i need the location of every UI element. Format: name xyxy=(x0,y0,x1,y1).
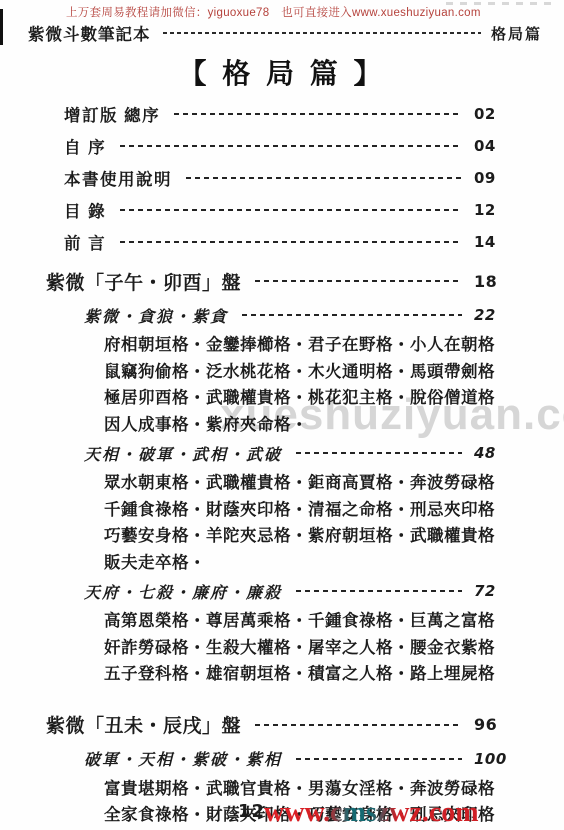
toc-entry-label: 增訂版 總序 xyxy=(64,102,160,126)
toc-entry: 前 言 14 xyxy=(0,226,510,258)
toc-subsection-heading: 破軍・天相・紫破・紫相 100 xyxy=(0,744,510,774)
toc-entry-label: 販夫走卒格・ xyxy=(104,549,206,573)
toc-pattern-line: 奸詐勞碌格・生殺大權格・屠宰之人格・腰金衣紫格 xyxy=(0,633,510,660)
scanned-book-page: 上万套周易教程请加微信：yiguoxue78 也可直接进入www.xueshuz… xyxy=(0,0,564,830)
toc-entry-label: 府相朝垣格・金鑾捧櫛格・君子在野格・小人在朝格 xyxy=(104,331,495,355)
toc-entry-label: 高第恩榮格・尊居萬乘格・千鍾食祿格・巨萬之富格 xyxy=(104,607,495,631)
toc-pattern-line: 鼠竊狗偷格・泛水桃花格・木火通明格・馬頭帶劍格 xyxy=(0,357,510,384)
toc-entry-page: 48 xyxy=(474,444,510,462)
dash-leader xyxy=(296,452,462,454)
toc-entry-page: 96 xyxy=(474,715,510,734)
toc-entry-label: 五子登科格・雄宿朝垣格・積富之人格・路上埋屍格 xyxy=(104,660,495,684)
toc-entry-label: 奸詐勞碌格・生殺大權格・屠宰之人格・腰金衣紫格 xyxy=(104,634,495,658)
toc-entry-label: 紫微「子午・卯酉」盤 xyxy=(46,268,241,295)
toc-section-heading: 紫微「丑未・辰戌」盤 96 xyxy=(0,708,510,742)
toc-pattern-line: 千鍾食祿格・財蔭夾印格・清福之命格・刑忌夾印格 xyxy=(0,495,510,522)
toc-entry-label: 紫微・貪狼・紫貪 xyxy=(84,304,228,327)
dash-leader xyxy=(255,724,462,726)
toc-entry: 增訂版 總序 02 xyxy=(0,98,510,130)
toc-section-heading: 紫微「子午・卯酉」盤 18 xyxy=(0,264,510,298)
dash-leader xyxy=(296,758,462,760)
scan-edge-artifact xyxy=(0,9,3,45)
toc-entry-label: 巧藝安身格・羊陀夾忌格・紫府朝垣格・武職權貴格 xyxy=(104,522,495,546)
center-site-watermark: xueshuziyuan.com xyxy=(220,390,564,440)
toc-subsection-heading: 紫微・貪狼・紫貪 22 xyxy=(0,300,510,330)
toc-pattern-line: 五子登科格・雄宿朝垣格・積富之人格・路上埋屍格 xyxy=(0,659,510,686)
toc-entry-label: 眾水朝東格・武職權貴格・鉅商高賈格・奔波勞碌格 xyxy=(104,469,495,493)
toc-entry-label: 千鍾食祿格・財蔭夾印格・清福之命格・刑忌夾印格 xyxy=(104,496,495,520)
bottom-watermark-url: www.cmszwz.com xyxy=(264,797,479,829)
toc-entry-page: 14 xyxy=(474,233,510,251)
running-header: 紫微斗數筆記本 格局篇 xyxy=(28,21,542,45)
toc-entry-label: 自 序 xyxy=(64,134,106,158)
toc-entry-label: 天府・七殺・廉府・廉殺 xyxy=(84,580,282,603)
dash-leader xyxy=(186,177,462,179)
toc-entry-label: 富貴堪期格・武職官貴格・男蕩女淫格・奔波勞碌格 xyxy=(104,775,495,799)
header-dash-rule xyxy=(163,32,481,34)
dash-leader xyxy=(120,145,462,147)
toc-entry-page: 22 xyxy=(474,306,510,324)
toc-entry: 目 錄 12 xyxy=(0,194,510,226)
toc-entry-label: 目 錄 xyxy=(64,198,106,222)
toc-subsection-heading: 天相・破軍・武相・武破 48 xyxy=(0,438,510,468)
page-number: 12 xyxy=(238,801,265,822)
toc-entry-page: 09 xyxy=(474,169,510,187)
toc-entry-label: 破軍・天相・紫破・紫相 xyxy=(84,747,282,770)
toc-pattern-line: 巧藝安身格・羊陀夾忌格・紫府朝垣格・武職權貴格 xyxy=(0,521,510,548)
dash-leader xyxy=(120,209,462,211)
toc-entry-page: 72 xyxy=(474,582,510,600)
page-title: 【 格 局 篇 】 xyxy=(0,52,564,92)
toc-pattern-line: 府相朝垣格・金鑾捧櫛格・君子在野格・小人在朝格 xyxy=(0,330,510,357)
toc-entry-page: 100 xyxy=(474,750,510,768)
dash-leader xyxy=(255,280,462,282)
toc-entry-label: 鼠竊狗偷格・泛水桃花格・木火通明格・馬頭帶劍格 xyxy=(104,358,495,382)
toc-entry-page: 04 xyxy=(474,137,510,155)
toc-entry-label: 前 言 xyxy=(64,230,106,254)
top-watermark-ad-text: 上万套周易教程请加微信：yiguoxue78 也可直接进入www.xueshuz… xyxy=(66,4,481,20)
toc-entry-label: 紫微「丑未・辰戌」盤 xyxy=(46,711,241,738)
dash-leader xyxy=(174,113,462,115)
toc-entry-page: 18 xyxy=(474,272,510,291)
chapter-name: 格局篇 xyxy=(491,23,542,44)
toc-pattern-line: 眾水朝東格・武職權貴格・鉅商高賈格・奔波勞碌格 xyxy=(0,468,510,495)
toc-entry-page: 12 xyxy=(474,201,510,219)
toc-entry-label: 本書使用說明 xyxy=(64,166,172,190)
toc-entry-page: 02 xyxy=(474,105,510,123)
toc-pattern-line: 高第恩榮格・尊居萬乘格・千鍾食祿格・巨萬之富格 xyxy=(0,606,510,633)
toc-entry-label: 天相・破軍・武相・武破 xyxy=(84,442,282,465)
book-title: 紫微斗數筆記本 xyxy=(28,21,151,45)
toc-entry: 本書使用說明 09 xyxy=(0,162,510,194)
dash-leader xyxy=(296,590,462,592)
dash-leader xyxy=(242,314,462,316)
dash-leader xyxy=(120,241,462,243)
toc-entry: 自 序 04 xyxy=(0,130,510,162)
toc-subsection-heading: 天府・七殺・廉府・廉殺 72 xyxy=(0,576,510,606)
toc-pattern-line: 販夫走卒格・ xyxy=(0,548,510,575)
toc-list: 增訂版 總序 02 自 序 04 本書使用說明 09 目 錄 12 前 言 14… xyxy=(0,98,564,827)
